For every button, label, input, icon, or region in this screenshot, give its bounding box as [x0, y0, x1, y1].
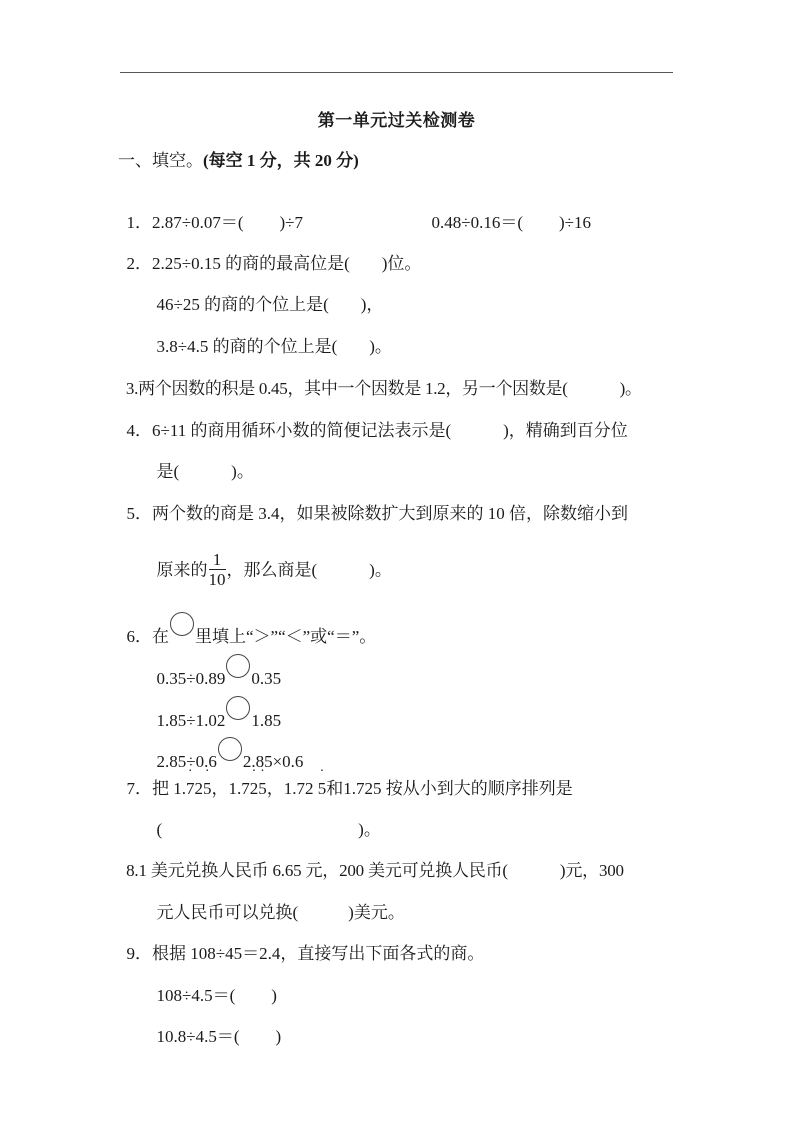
question-number: 2． [127, 254, 153, 273]
q4-line1-after: )，精确到百分位 [503, 421, 628, 440]
decimal-number: 1.725 [229, 779, 267, 798]
decimal-number: 1.725 [173, 779, 211, 798]
digit: 5 [373, 779, 382, 798]
q3-text-after: )。 [620, 379, 642, 398]
q1a-text-after: )÷7 [280, 213, 304, 232]
question-8: 8.1 美元兑换人民币 6.65 元，200 美元可兑换人民币()元，300 [118, 838, 624, 882]
question-7: 7．把 1.725，1.725，1.72 5和1.725 按从小到大的顺序排列是 [118, 756, 573, 800]
q4-line2: 是( [157, 462, 180, 481]
q9-item-text: 108÷4.5＝( [157, 986, 236, 1005]
question-7-answer: ()。 [148, 797, 381, 841]
question-4-line-2: 是()。 [148, 439, 254, 483]
q5-line2-middle: ，那么商是( [227, 560, 318, 579]
question-number: 5． [127, 504, 153, 523]
digit: 2 [305, 779, 314, 798]
q2-line1-after: )位。 [382, 254, 422, 273]
digit: 7 [297, 779, 306, 798]
question-4: 4．6÷11 的商用循环小数的简便记法表示是()，精确到百分位 [118, 398, 628, 442]
question-2-line-2: 46÷25 的商的个位上是()， [148, 272, 383, 316]
q9-item-close: ) [276, 1027, 282, 1046]
fraction: 110 [209, 550, 226, 589]
q1b-text: 0.48÷0.16＝( [432, 213, 524, 232]
q2-line3-after: )。 [369, 337, 392, 356]
q1b-text-after: )÷16 [559, 213, 591, 232]
q5-line2: 原来的 [157, 560, 208, 579]
digit: 2 [365, 779, 374, 798]
question-1b: 0.48÷0.16＝()÷16 [423, 190, 591, 234]
q9-intro: 根据 108÷45＝2.4，直接写出下面各式的商。 [152, 944, 484, 963]
question-1: 1．2.87÷0.07＝()÷7 [118, 190, 303, 234]
digit: 7 [356, 779, 365, 798]
q9-item-close: ) [271, 986, 277, 1005]
question-number: 7． [127, 779, 153, 798]
question-2-line-3: 3.8÷4.5 的商的个位上是()。 [148, 314, 392, 358]
q7-suffix: 按从小到大的顺序排列是 [382, 779, 573, 798]
q2-line2: 46÷25 的商的个位上是( [157, 295, 329, 314]
decimal-number: 1.725 [343, 779, 381, 798]
page-title: 第一单元过关检测卷 [0, 106, 793, 131]
repeating-decimals: 1.725，1.725，1.72 5和1.725 [173, 779, 381, 798]
q8-line1-after: )元，300 [560, 861, 624, 880]
question-2: 2．2.25÷0.15 的商的最高位是()位。 [118, 231, 421, 275]
q7-close: )。 [358, 820, 381, 839]
decimal-number: 1.72 5 [284, 779, 327, 798]
q5-line2-after: )。 [369, 560, 392, 579]
question-number: 3. [126, 379, 138, 398]
q4-line1: 6÷11 的商用循环小数的简便记法表示是( [152, 421, 451, 440]
header-rule [120, 72, 673, 73]
q9-item-text: 10.8÷4.5＝( [157, 1027, 240, 1046]
question-9: 9．根据 108÷45＝2.4，直接写出下面各式的商。 [118, 921, 484, 965]
q4-line2-after: )。 [231, 462, 254, 481]
digit: 7 [241, 779, 250, 798]
q8-line2: 元人民币可以兑换( [157, 903, 299, 922]
digit: 2 [195, 779, 204, 798]
question-8-line-2: 元人民币可以兑换()美元。 [148, 880, 405, 924]
question-number: 9． [127, 944, 153, 963]
question-number: 1． [127, 213, 153, 232]
q8-line2-after: )美元。 [348, 903, 405, 922]
question-5-line-2: 原来的110，那么商是()。 [148, 530, 392, 591]
question-number: 8. [126, 861, 138, 880]
section-label: 一、填空。 [118, 151, 203, 170]
q1a-text: 2.87÷0.07＝( [152, 213, 244, 232]
q7-prefix: 把 [152, 779, 173, 798]
question-number: 4． [127, 421, 153, 440]
section-scoring: (每空 1 分，共 20 分) [203, 151, 359, 170]
q2-line2-after: )， [361, 295, 384, 314]
q2-line1: 2.25÷0.15 的商的最高位是( [152, 254, 350, 273]
section-heading: 一、填空。(每空 1 分，共 20 分) [118, 150, 359, 172]
q3-text: 两个因数的积是 0.45，其中一个因数是 1.2，另一个因数是( [138, 379, 568, 398]
q2-line3: 3.8÷4.5 的商的个位上是( [157, 337, 338, 356]
q7-open: ( [157, 820, 163, 839]
question-9-item: 10.8÷4.5＝() [148, 1004, 281, 1048]
fraction-numerator: 1 [209, 550, 226, 570]
question-9-item: 108÷4.5＝() [148, 963, 277, 1007]
fraction-denominator: 10 [209, 570, 226, 589]
q8-line1: 1 美元兑换人民币 6.65 元，200 美元可兑换人民币( [138, 861, 507, 880]
question-3: 3.两个因数的积是 0.45，其中一个因数是 1.2，另一个因数是()。 [118, 356, 642, 400]
q5-line1: 两个数的商是 3.4，如果被除数扩大到原来的 10 倍，除数缩小到 [152, 504, 628, 523]
question-5: 5．两个数的商是 3.4，如果被除数扩大到原来的 10 倍，除数缩小到 [118, 481, 628, 525]
